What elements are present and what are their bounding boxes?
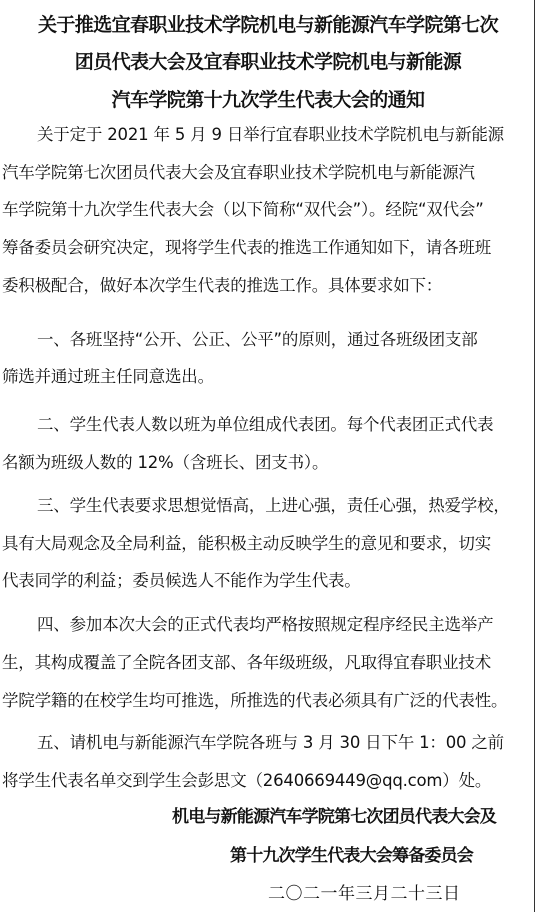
requirement-3-cont: 具有大局观念及全局利益，能积极主动反映学生的意见和要求，切实 [2,533,491,555]
body-line: 关于定于 2021 年 5 月 9 日举行宜春职业技术学院机电与新能源 [37,124,504,146]
page-right-border [534,0,535,912]
requirement-4: 四、参加本次大会的正式代表均严格按照规定程序经民主选举产 [37,614,493,636]
title-line-2: 团员代表大会及宜春职业技术学院机电与新能源 [0,50,536,74]
title-line-1: 关于推选宜春职业技术学院机电与新能源汽车学院第七次 [0,13,536,37]
title-line-3: 汽车学院第十九次学生代表大会的通知 [0,88,536,112]
body-line: 筹备委员会研究决定，现将学生代表的推选工作通知如下，请各班班 [2,237,491,259]
requirement-5: 五、请机电与新能源汽车学院各班与 3 月 30 日下午 1：00 之前 [37,732,504,754]
requirement-2: 二、学生代表人数以班为单位组成代表团。每个代表团正式代表 [37,414,493,436]
signature-date: 二〇二一年三月二十三日 [268,883,461,905]
body-line: 车学院第十九次学生代表大会（以下简称“双代会”）。经院“双代会” [2,199,484,221]
requirement-1-cont: 筛选并通过班主任同意选出。 [2,366,214,388]
requirement-4-cont: 学院学籍的在校学生均可推选，所推选的代表必须具有广泛的代表性。 [2,690,507,712]
body-line: 汽车学院第七次团员代表大会及宜春职业技术学院机电与新能源汽 [2,162,475,184]
signature-org-line-2: 第十九次学生代表大会筹备委员会 [230,845,473,867]
requirement-3-cont: 代表同学的利益；委员候选人不能作为学生代表。 [2,570,361,592]
body-line: 委积极配合，做好本次学生代表的推选工作。具体要求如下： [2,275,442,297]
requirement-5-cont: 将学生代表名单交到学生会彭思文（2640669449@qq.com）处。 [2,770,491,792]
requirement-1: 一、各班坚持“公开、公正、公平”的原则，通过各班级团支部 [37,329,478,351]
requirement-4-cont: 生，其构成覆盖了全院各团支部、各年级班级，凡取得宜春职业技术 [2,652,491,674]
signature-org-line-1: 机电与新能源汽车学院第七次团员代表大会及 [172,806,496,828]
requirement-3: 三、学生代表要求思想觉悟高，上进心强，责任心强，热爱学校， [37,495,510,517]
requirement-2-cont: 名额为班级人数的 12%（含班长、团支书）。 [2,452,328,474]
